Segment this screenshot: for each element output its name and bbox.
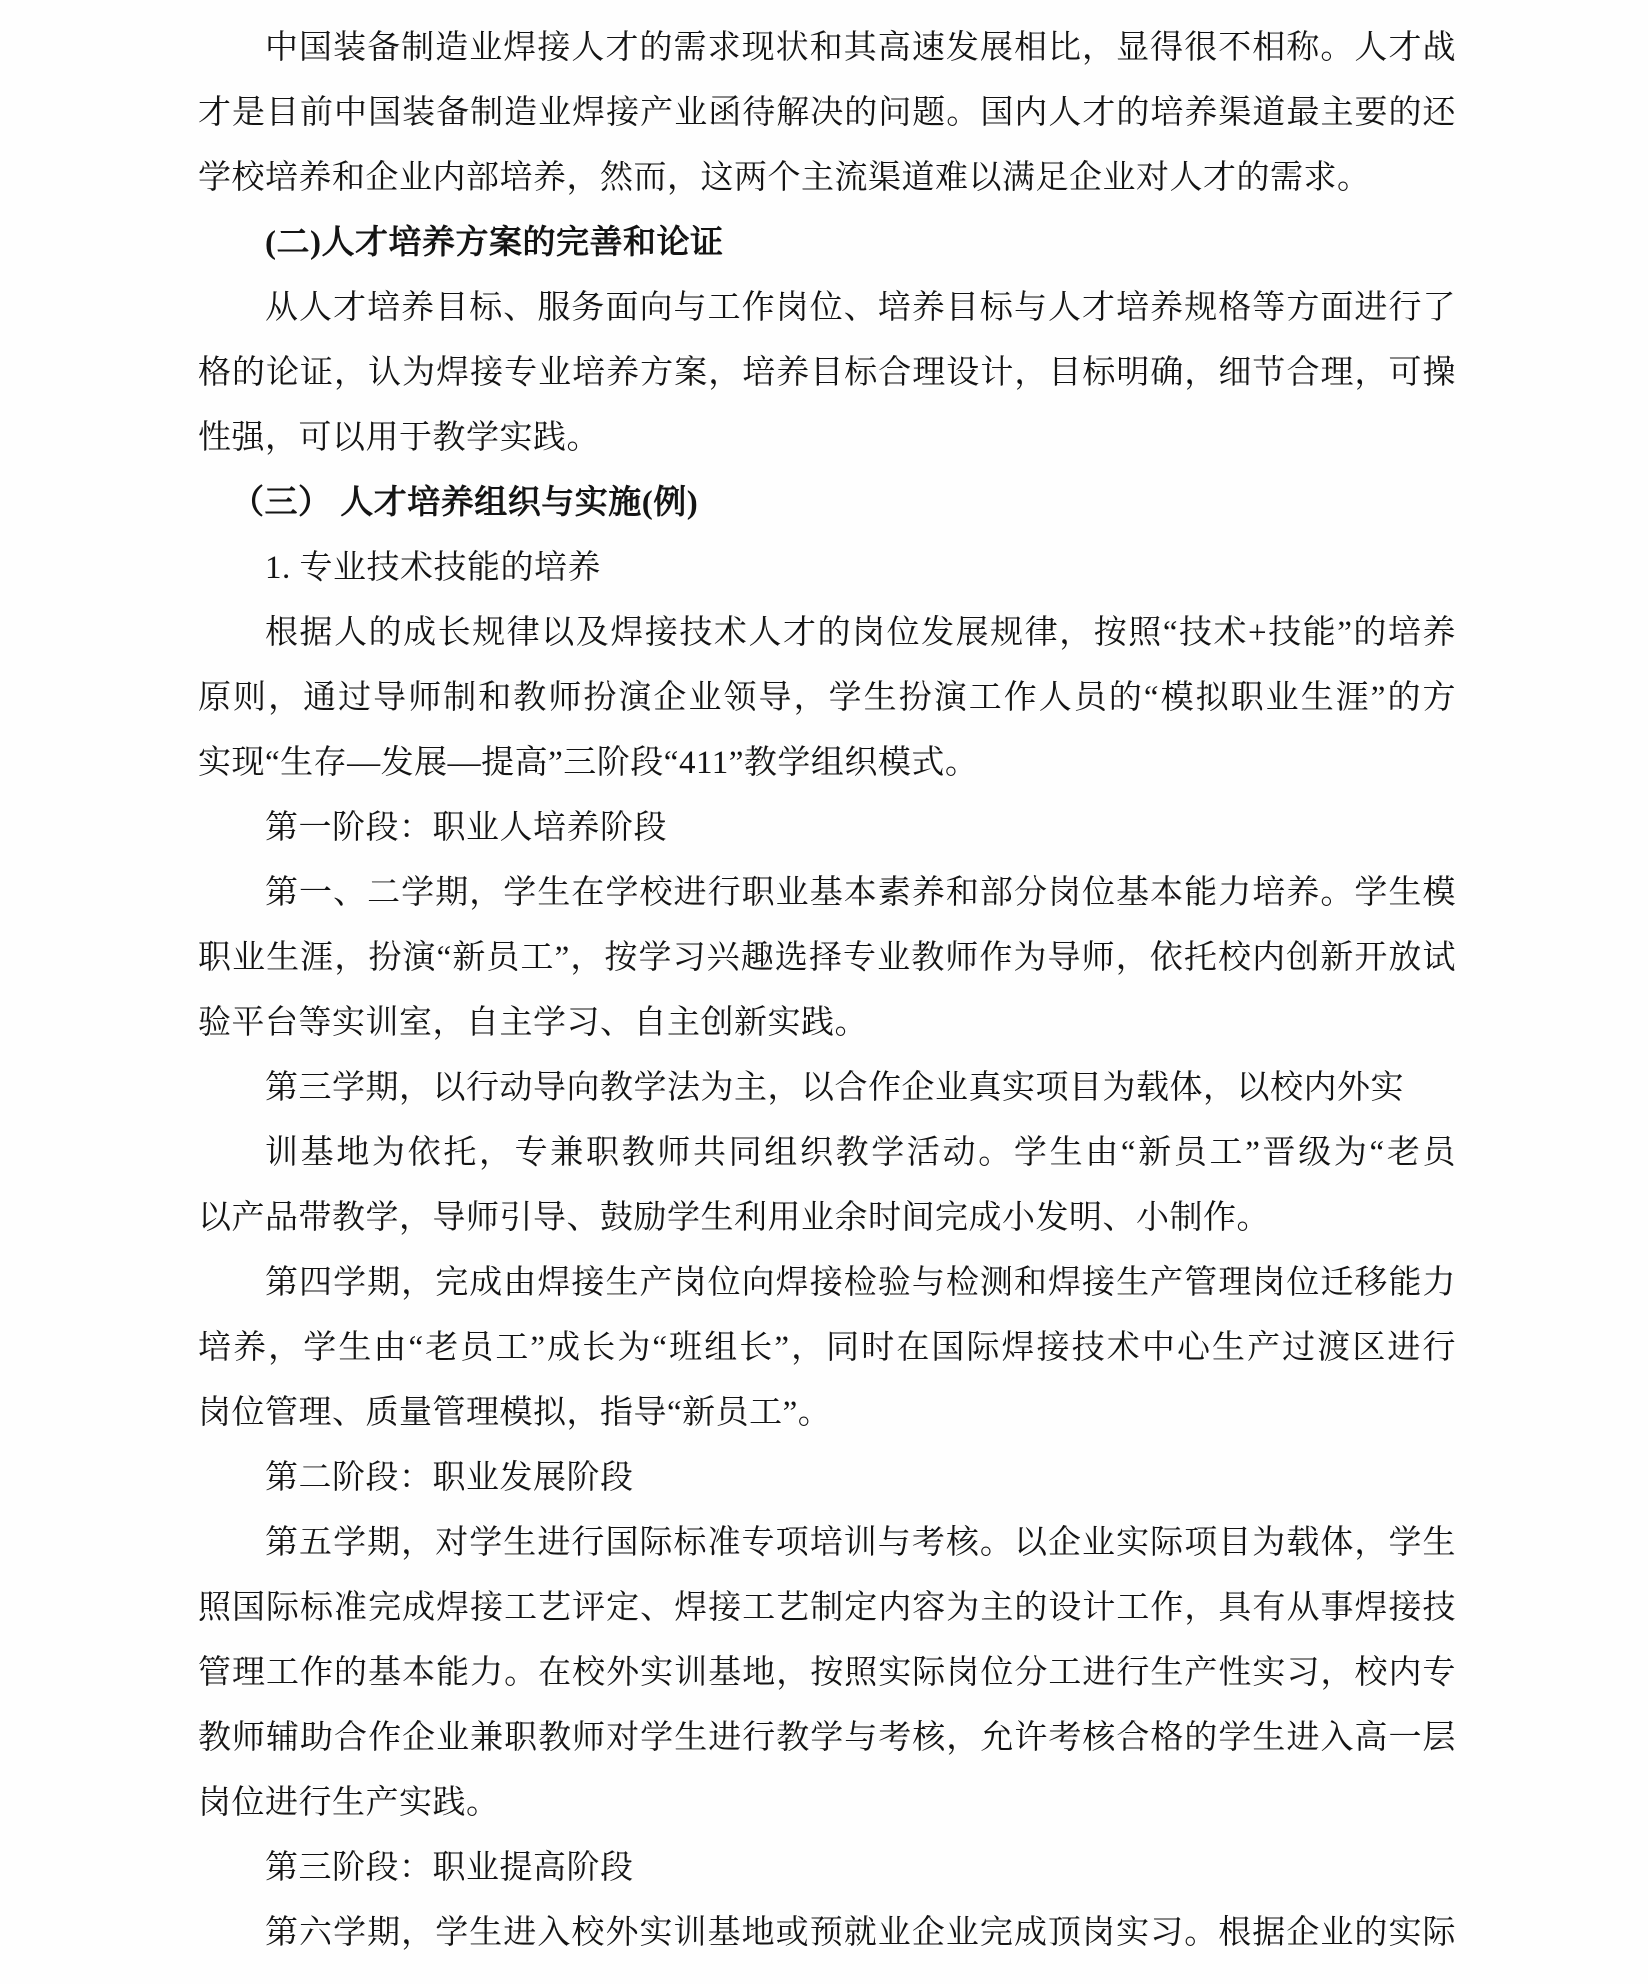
text-line: 从人才培养目标、服务面向与工作岗位、培养目标与人才培养规格等方面进行了严 — [198, 276, 1456, 341]
text-line: 性强，可以用于教学实践。 — [198, 406, 1456, 471]
text-line: 学校培养和企业内部培养，然而，这两个主流渠道难以满足企业对人才的需求。 — [198, 146, 1456, 211]
text-line: 实现“生存—发展—提高”三阶段“411”教学组织模式。 — [198, 731, 1456, 796]
text-line: 教师辅助合作企业兼职教师对学生进行教学与考核，允许考核合格的学生进入高一层次 — [198, 1706, 1456, 1771]
text-line: 第五学期，对学生进行国际标准专项培训与考核。以企业实际项目为载体，学生按 — [198, 1511, 1456, 1576]
text-line: 第三阶段：职业提高阶段 — [198, 1836, 1456, 1901]
text-line: 照国际标准完成焊接工艺评定、焊接工艺制定内容为主的设计工作，具有从事焊接技术 — [198, 1576, 1456, 1641]
text-line: 第三学期，以行动导向教学法为主，以合作企业真实项目为载体，以校内外实 — [198, 1056, 1456, 1121]
text-line: 培养，学生由“老员工”成长为“班组长”，同时在国际焊接技术中心生产过渡区进行 — [198, 1316, 1456, 1381]
text-line: 根据人的成长规律以及焊接技术人才的岗位发展规律，按照“技术+技能”的培养 — [198, 601, 1456, 666]
text-line: 岗位管理、质量管理模拟，指导“新员工”。 — [198, 1381, 1456, 1446]
text-line: 1. 专业技术技能的培养 — [198, 536, 1456, 601]
text-line: 第六学期，学生进入校外实训基地或预就业企业完成顶岗实习。根据企业的实际生 — [198, 1901, 1456, 1966]
text-line: 以产品带教学，导师引导、鼓励学生利用业余时间完成小发明、小制作。 — [198, 1186, 1456, 1251]
text-line: 第二阶段：职业发展阶段 — [198, 1446, 1456, 1511]
text-line: 第一、二学期，学生在学校进行职业基本素养和部分岗位基本能力培养。学生模拟 — [198, 861, 1456, 926]
text-line: 验平台等实训室，自主学习、自主创新实践。 — [198, 991, 1456, 1056]
text-line: 第一阶段：职业人培养阶段 — [198, 796, 1456, 861]
text-line: 第四学期，完成由焊接生产岗位向焊接检验与检测和焊接生产管理岗位迁移能力的 — [198, 1251, 1456, 1316]
text-line: 原则，通过导师制和教师扮演企业领导，学生扮演工作人员的“模拟职业生涯”的方法， — [198, 666, 1456, 731]
text-column: 中国装备制造业焊接人才的需求现状和其高速发展相比，显得很不相称。人才战略才是目前… — [198, 16, 1456, 1966]
document-page: 中国装备制造业焊接人才的需求现状和其高速发展相比，显得很不相称。人才战略才是目前… — [0, 0, 1648, 1984]
text-line: 岗位进行生产实践。 — [198, 1771, 1456, 1836]
heading-line: （三） 人才培养组织与实施(例) — [198, 471, 1456, 536]
text-line: 格的论证，认为焊接专业培养方案，培养目标合理设计，目标明确，细节合理，可操作 — [198, 341, 1456, 406]
text-line: 训基地为依托，专兼职教师共同组织教学活动。学生由“新员工”晋级为“老员工”， — [198, 1121, 1456, 1186]
text-line: 才是目前中国装备制造业焊接产业函待解决的问题。国内人才的培养渠道最主要的还是 — [198, 81, 1456, 146]
text-line: 中国装备制造业焊接人才的需求现状和其高速发展相比，显得很不相称。人才战略 — [198, 16, 1456, 81]
heading-line: (二)人才培养方案的完善和论证 — [198, 211, 1456, 276]
text-line: 管理工作的基本能力。在校外实训基地，按照实际岗位分工进行生产性实习，校内专任 — [198, 1641, 1456, 1706]
text-line: 职业生涯，扮演“新员工”，按学习兴趣选择专业教师作为导师，依托校内创新开放试 — [198, 926, 1456, 991]
